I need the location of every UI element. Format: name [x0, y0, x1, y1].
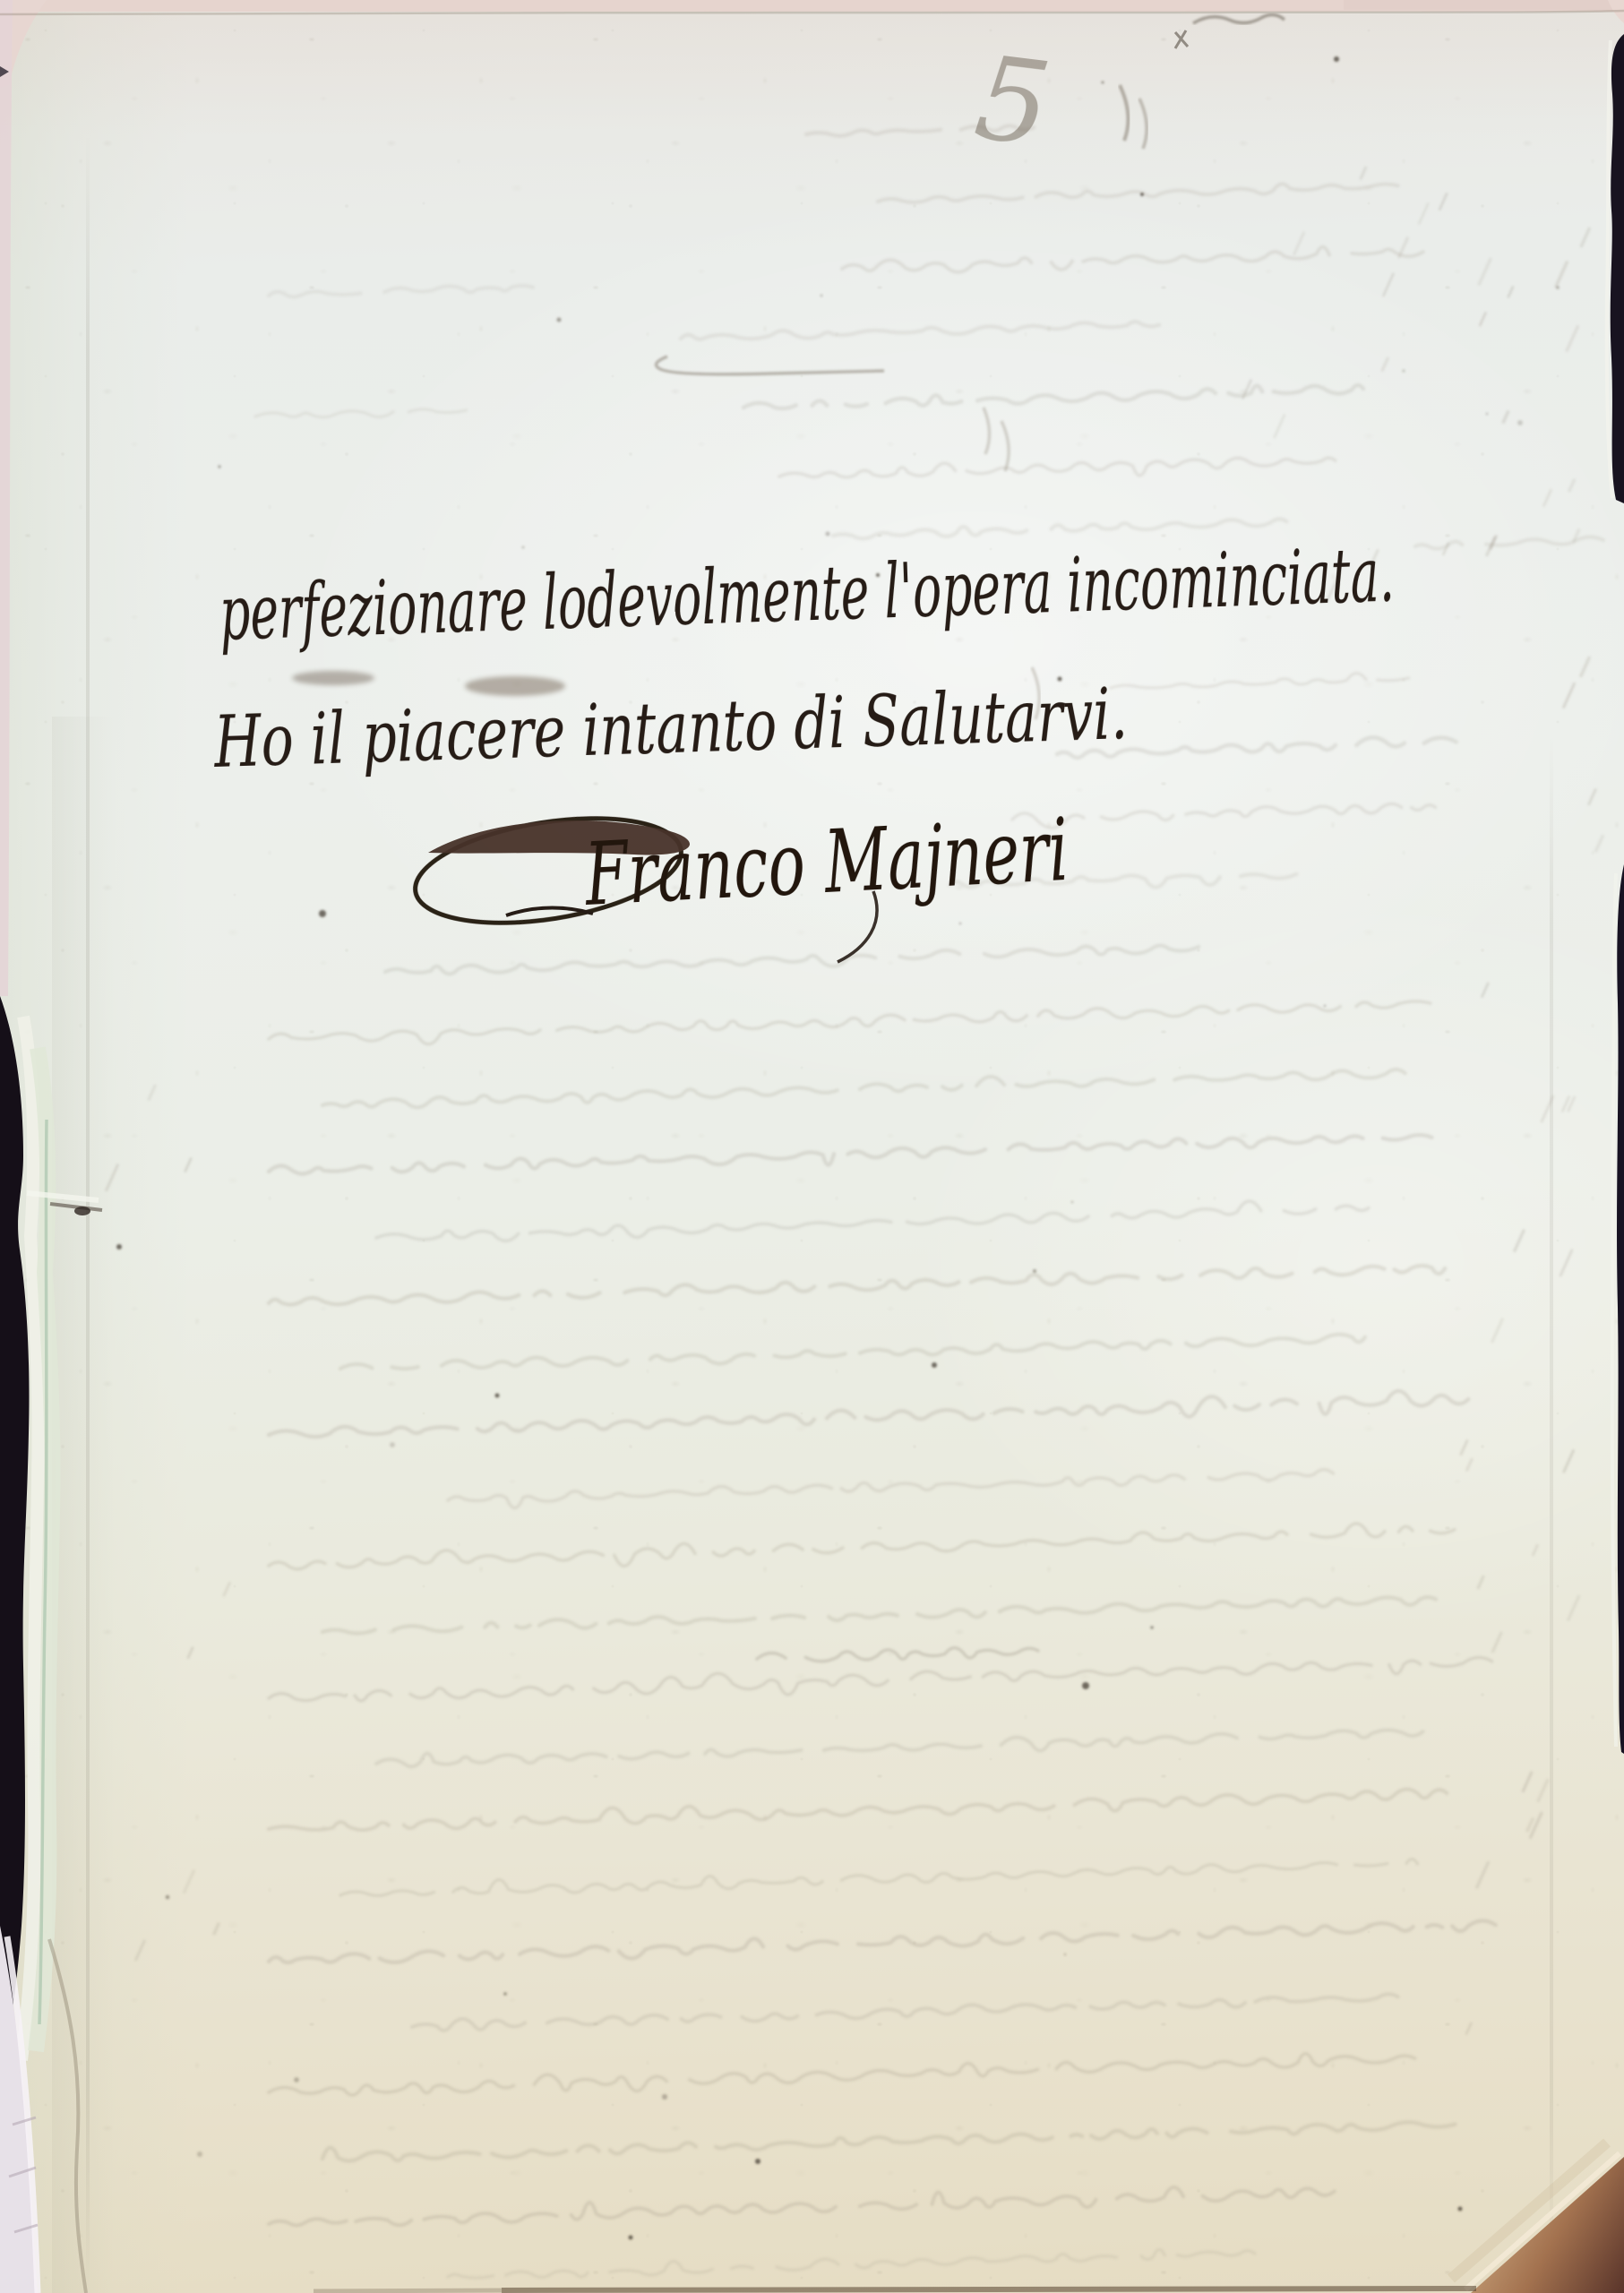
- bleed-through-texture: [107, 56, 1603, 2278]
- svg-text:Ho il piacere intanto di Salut: Ho il piacere intanto di Salutarvi.: [211, 672, 1129, 784]
- right-black-sliver: [1617, 864, 1624, 1754]
- right-black-notch-top: [1611, 34, 1624, 503]
- table-corner: [1471, 2157, 1624, 2293]
- ink-and-edges-layer: 5 perfezionare lodevolmente l'opera inco…: [0, 0, 1624, 2293]
- faint-paren-mark: [1120, 85, 1128, 141]
- handwritten-line-1: perfezionare lodevolmente l'opera incomi…: [218, 531, 1396, 657]
- manuscript-photo: 5 perfezionare lodevolmente l'opera inco…: [0, 0, 1624, 2293]
- left-black-gap: [0, 996, 30, 2076]
- handwritten-line-2: Ho il piacere intanto di Salutarvi.: [211, 672, 1129, 784]
- bottomleft-crease: [49, 1939, 86, 2293]
- photo-edges: [0, 0, 1624, 2293]
- svg-text:perfezionare lodevolmente l'op: perfezionare lodevolmente l'opera incomi…: [218, 531, 1396, 657]
- svg-text:5: 5: [968, 31, 1057, 173]
- page-number: 5: [968, 31, 1057, 173]
- signature-block: Franco Majneri: [408, 800, 1070, 962]
- undersheet-left-pink-strip: [0, 0, 13, 996]
- bottom-edge-shadow: [502, 2289, 1476, 2290]
- signature: Franco Majneri: [581, 800, 1071, 925]
- handwriting-layer: 5 perfezionare lodevolmente l'opera inco…: [211, 31, 1396, 962]
